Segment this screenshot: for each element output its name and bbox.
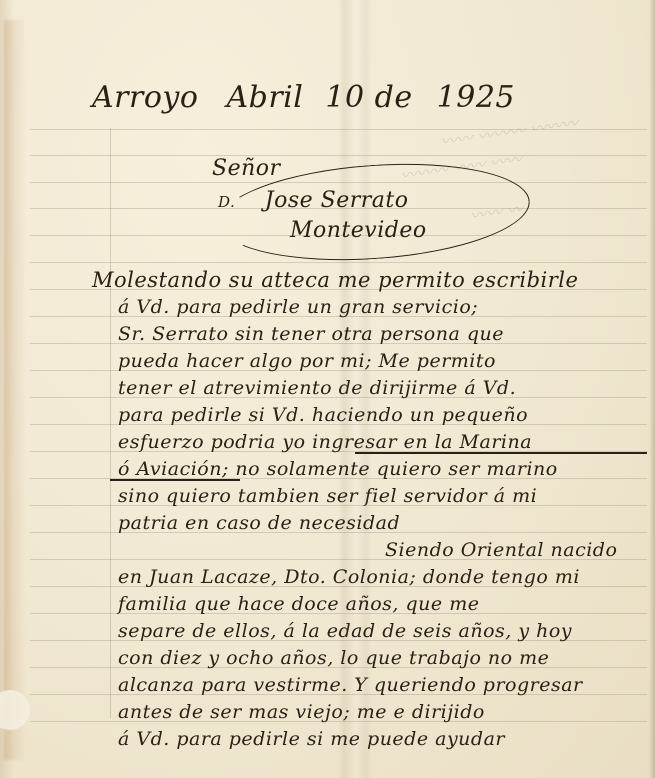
heading-year: 1925 (437, 80, 515, 115)
body-line-3: Sr. Serrato sin tener otra persona que (118, 323, 504, 345)
heading-month: Abril (226, 80, 303, 115)
body-line-14: separe de ellos, á la edad de seis años,… (118, 620, 572, 642)
heading-day: 10 (325, 80, 364, 115)
underline-aviacion (110, 479, 240, 481)
body-line-7-text: esfuerzo podria yo ingresar en la Marina (118, 431, 532, 453)
margin-rule (110, 128, 111, 718)
letter-heading: Arroyo Abril 10 de 1925 (92, 80, 515, 115)
body-line-18: á Vd. para pedirle si me puede ayudar (118, 728, 505, 750)
letter-paper: 〰〰 〰〰〰 〰〰〰 〰〰〰 〰〰 〰〰 〰〰 〰 Arroyo Abril 1… (0, 0, 655, 778)
ruled-line (30, 262, 647, 263)
heading-de: de (375, 80, 413, 115)
recipient-name: Jose Serrato (265, 188, 409, 213)
paper-edge-shadow (649, 0, 655, 778)
underline-marina (355, 452, 647, 454)
recipient-line: D. Jose Serrato (218, 188, 408, 213)
body-line-9: sino quiero tambien ser fiel servidor á … (118, 485, 537, 507)
heading-place: Arroyo (92, 80, 198, 115)
body-line-4: pueda hacer algo por mi; Me permito (118, 350, 496, 372)
salutation: Señor (212, 156, 281, 181)
body-line-11: Siendo Oriental nacido (385, 539, 617, 561)
recipient-title: D. (218, 193, 235, 211)
body-line-16: alcanza para vestirme. Y queriendo progr… (118, 674, 583, 696)
body-line-12: en Juan Lacaze, Dto. Colonia; donde teng… (118, 566, 580, 588)
body-line-2: á Vd. para pedirle un gran servicio; (118, 296, 478, 318)
body-line-17: antes de ser mas viejo; me e dirijido (118, 701, 485, 723)
body-line-8: ó Aviación; no solamente quiero ser mari… (118, 458, 558, 480)
body-line-5: tener el atrevimiento de dirijirme á Vd. (118, 377, 516, 399)
body-line-13: familia que hace doce años, que me (118, 593, 479, 615)
body-line-15: con diez y ocho años, lo que trabajo no … (118, 647, 549, 669)
recipient-city: Montevideo (290, 218, 427, 243)
ruled-line (30, 155, 647, 156)
bleed-through-text: 〰〰 〰〰〰 〰〰〰 (439, 110, 579, 152)
body-line-7: esfuerzo podria yo ingresar en la Marina (118, 431, 532, 453)
body-line-1: Molestando su atteca me permito escribir… (92, 268, 578, 292)
body-line-10: patria en caso de necesidad (118, 512, 400, 534)
body-line-6: para pedirle si Vd. haciendo un pequeño (118, 404, 528, 426)
water-stain (4, 20, 26, 760)
